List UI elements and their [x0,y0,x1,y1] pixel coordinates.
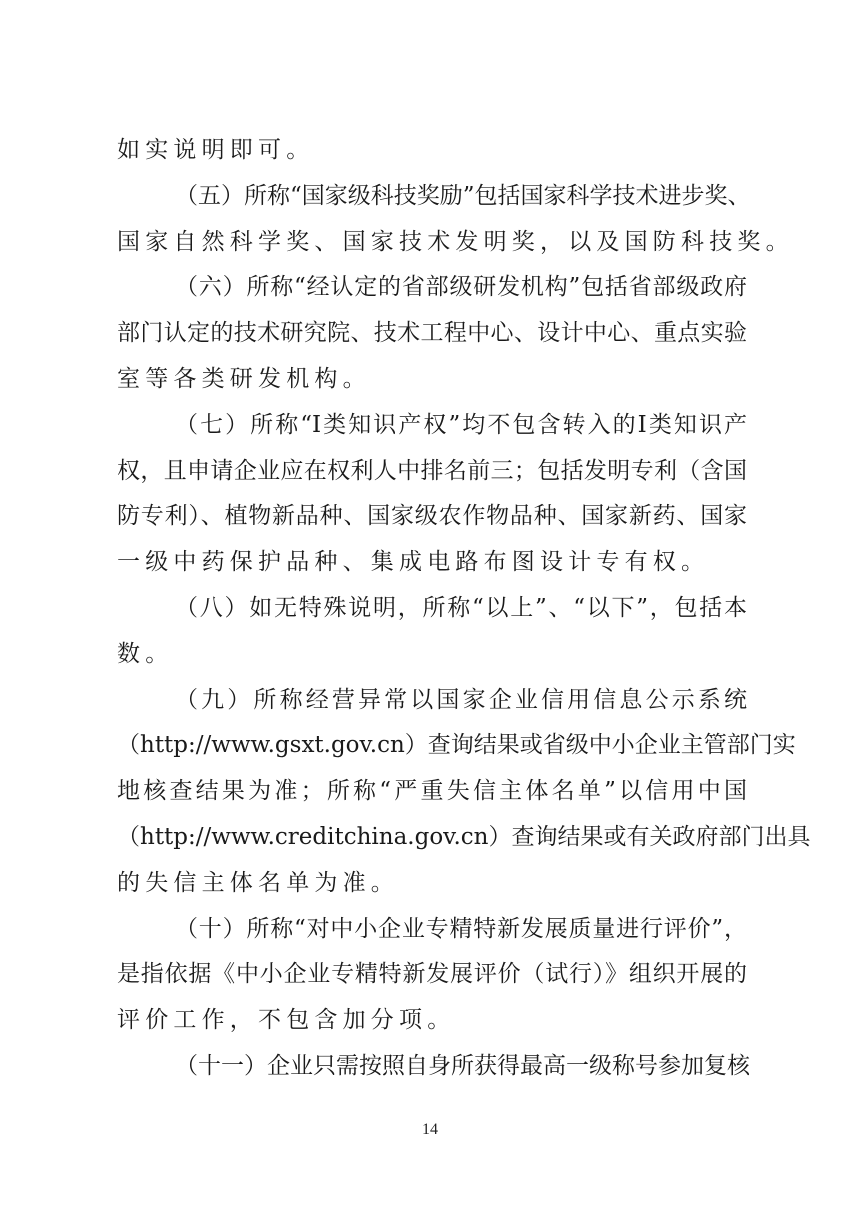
page-number: 14 [0,1121,860,1139]
text-line: 部门认定的技术研究院、技术工程中心、设计中心、重点实验 [117,311,747,357]
text-line: （七）所称“I类知识产权”均不包含转入的I类知识产 [117,403,747,449]
text-line: 如实说明即可。 [117,128,747,174]
text-line: （六）所称“经认定的省部级研发机构”包括省部级政府 [117,265,747,311]
text-line: 评价工作，不包含加分项。 [117,998,747,1044]
text-line: （八）如无特殊说明，所称“以上”、“以下”，包括本 [117,586,747,632]
body-text: 如实说明即可。 （五）所称“国家级科技奖励”包括国家科学技术进步奖、 国家自然科… [117,128,747,1090]
text-line: （http://www.creditchina.gov.cn）查询结果或有关政府… [117,815,747,861]
text-line: 国家自然科学奖、国家技术发明奖，以及国防科技奖。 [117,220,747,266]
text-line: 室等各类研发机构。 [117,357,747,403]
text-line: 一级中药保护品种、集成电路布图设计专有权。 [117,540,747,586]
text-line: 防专利）、植物新品种、国家级农作物品种、国家新药、国家 [117,494,747,540]
text-line: 数。 [117,632,747,678]
text-line: 地核查结果为准；所称“严重失信主体名单”以信用中国 [117,769,747,815]
text-line: （九）所称经营异常以国家企业信用信息公示系统 [117,678,747,724]
text-line: 是指依据《中小企业专精特新发展评价（试行）》组织开展的 [117,952,747,998]
text-line: （五）所称“国家级科技奖励”包括国家科学技术进步奖、 [117,174,747,220]
text-line: 的失信主体名单为准。 [117,861,747,907]
document-page: 如实说明即可。 （五）所称“国家级科技奖励”包括国家科学技术进步奖、 国家自然科… [0,0,860,1216]
text-line: 权，且申请企业应在权利人中排名前三；包括发明专利（含国 [117,449,747,495]
text-line: （十一）企业只需按照自身所获得最高一级称号参加复核 [117,1044,747,1090]
text-line: （十）所称“对中小企业专精特新发展质量进行评价”， [117,907,747,953]
text-line: （http://www.gsxt.gov.cn）查询结果或省级中小企业主管部门实 [117,723,747,769]
